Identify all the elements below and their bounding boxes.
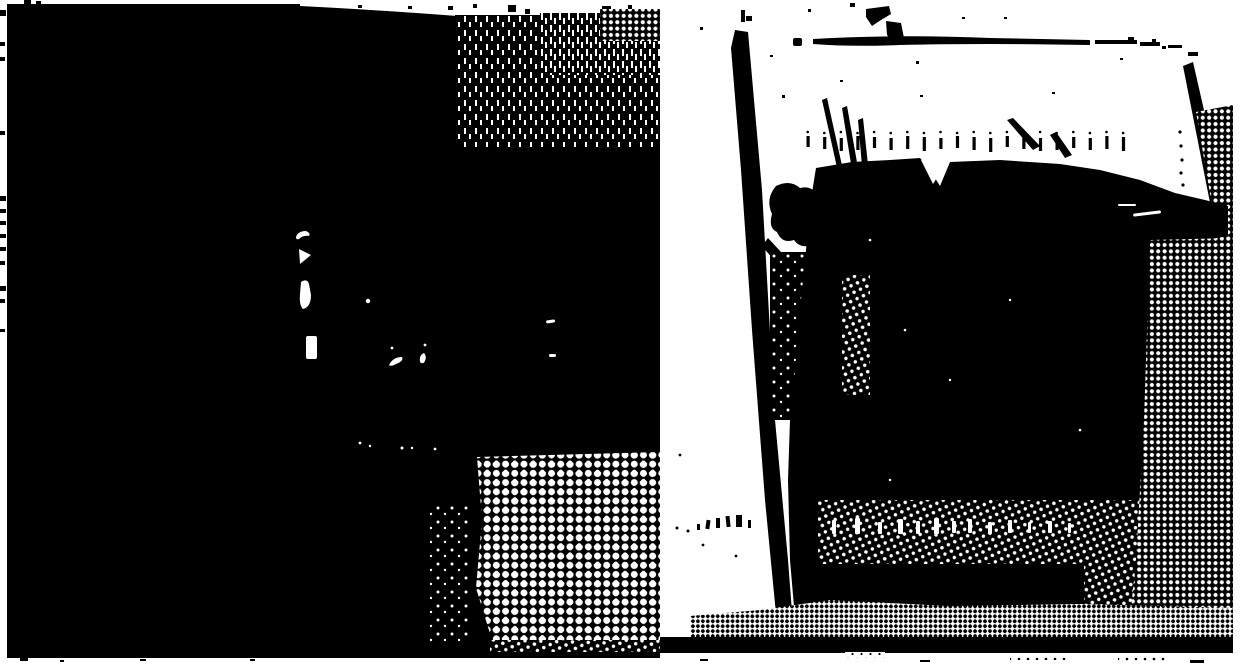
scanned-figure — [0, 0, 1240, 665]
upper-area-specks — [700, 3, 1123, 98]
top-frame-dashes — [793, 9, 1198, 56]
top-frame-bar — [813, 36, 1090, 46]
glint-bar — [306, 336, 317, 359]
glint-dash-right-lower — [549, 354, 556, 357]
bottom-strip-marks — [700, 652, 1204, 663]
floor-block-shadow — [490, 640, 660, 652]
right-edge-specks — [1128, 37, 1185, 187]
glint-dot — [366, 299, 370, 303]
bottom-shadow-band — [660, 637, 1233, 653]
left-photograph — [7, 4, 660, 658]
halftone-floor-block — [476, 452, 660, 650]
corner-light-speckle-densest — [600, 9, 660, 41]
board-light-streak — [842, 275, 870, 395]
faint-speck-column — [428, 505, 470, 645]
figure-canvas — [0, 0, 1240, 665]
tiny-label-marks — [676, 454, 752, 558]
wire-lead-spikes — [822, 98, 1072, 172]
right-photograph — [660, 3, 1233, 663]
